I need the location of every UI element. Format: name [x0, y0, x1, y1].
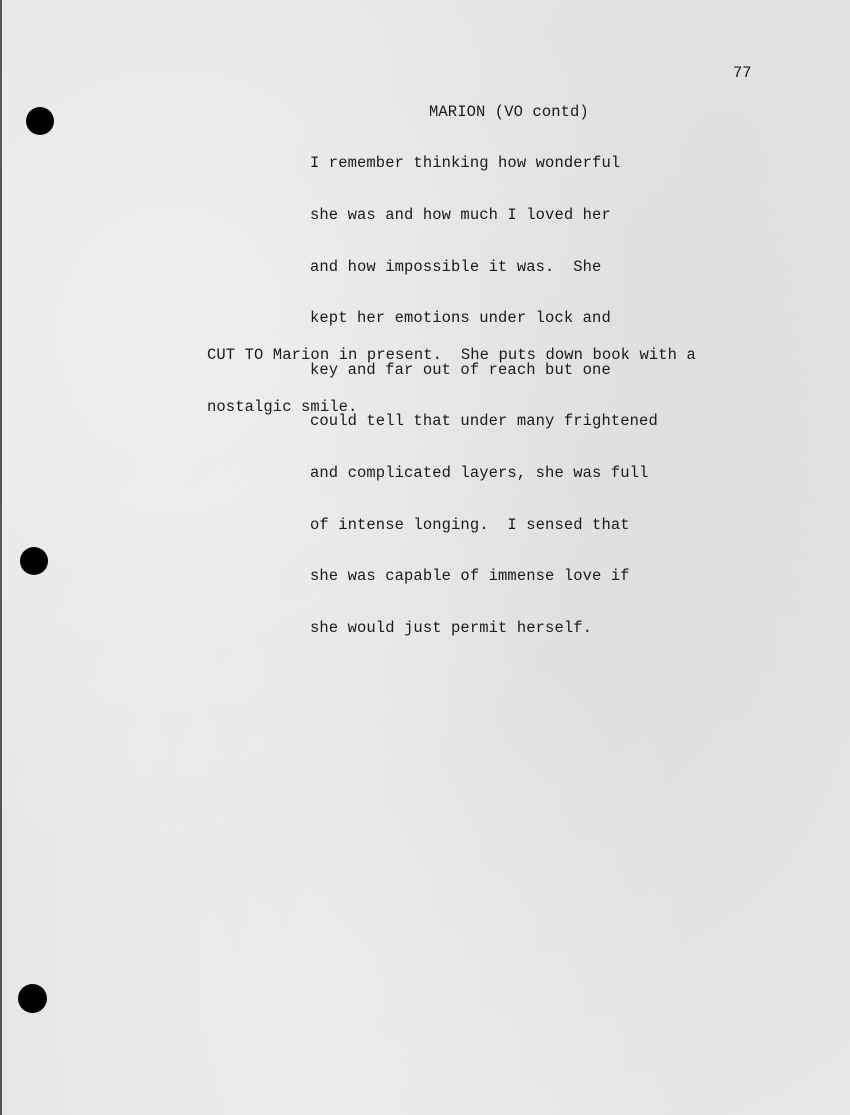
page-number: 77 — [733, 64, 752, 82]
script-page: 77 MARION (VO contd) I remember thinking… — [0, 0, 850, 1115]
character-cue: MARION (VO contd) — [429, 104, 589, 121]
dialogue-line: she would just permit herself. — [310, 620, 658, 637]
dialogue-line: of intense longing. I sensed that — [310, 517, 658, 534]
hole-punch-icon — [18, 984, 47, 1013]
action-line: CUT TO Marion in present. She puts down … — [207, 347, 696, 364]
hole-punch-icon — [20, 547, 48, 575]
action-line: nostalgic smile. — [207, 399, 696, 416]
hole-punch-icon — [26, 107, 54, 135]
dialogue-line: she was and how much I loved her — [310, 207, 658, 224]
dialogue-line: and how impossible it was. She — [310, 259, 658, 276]
dialogue-line: and complicated layers, she was full — [310, 465, 658, 482]
action-block: CUT TO Marion in present. She puts down … — [207, 313, 696, 451]
dialogue-line: she was capable of immense love if — [310, 568, 658, 585]
dialogue-line: I remember thinking how wonderful — [310, 155, 658, 172]
